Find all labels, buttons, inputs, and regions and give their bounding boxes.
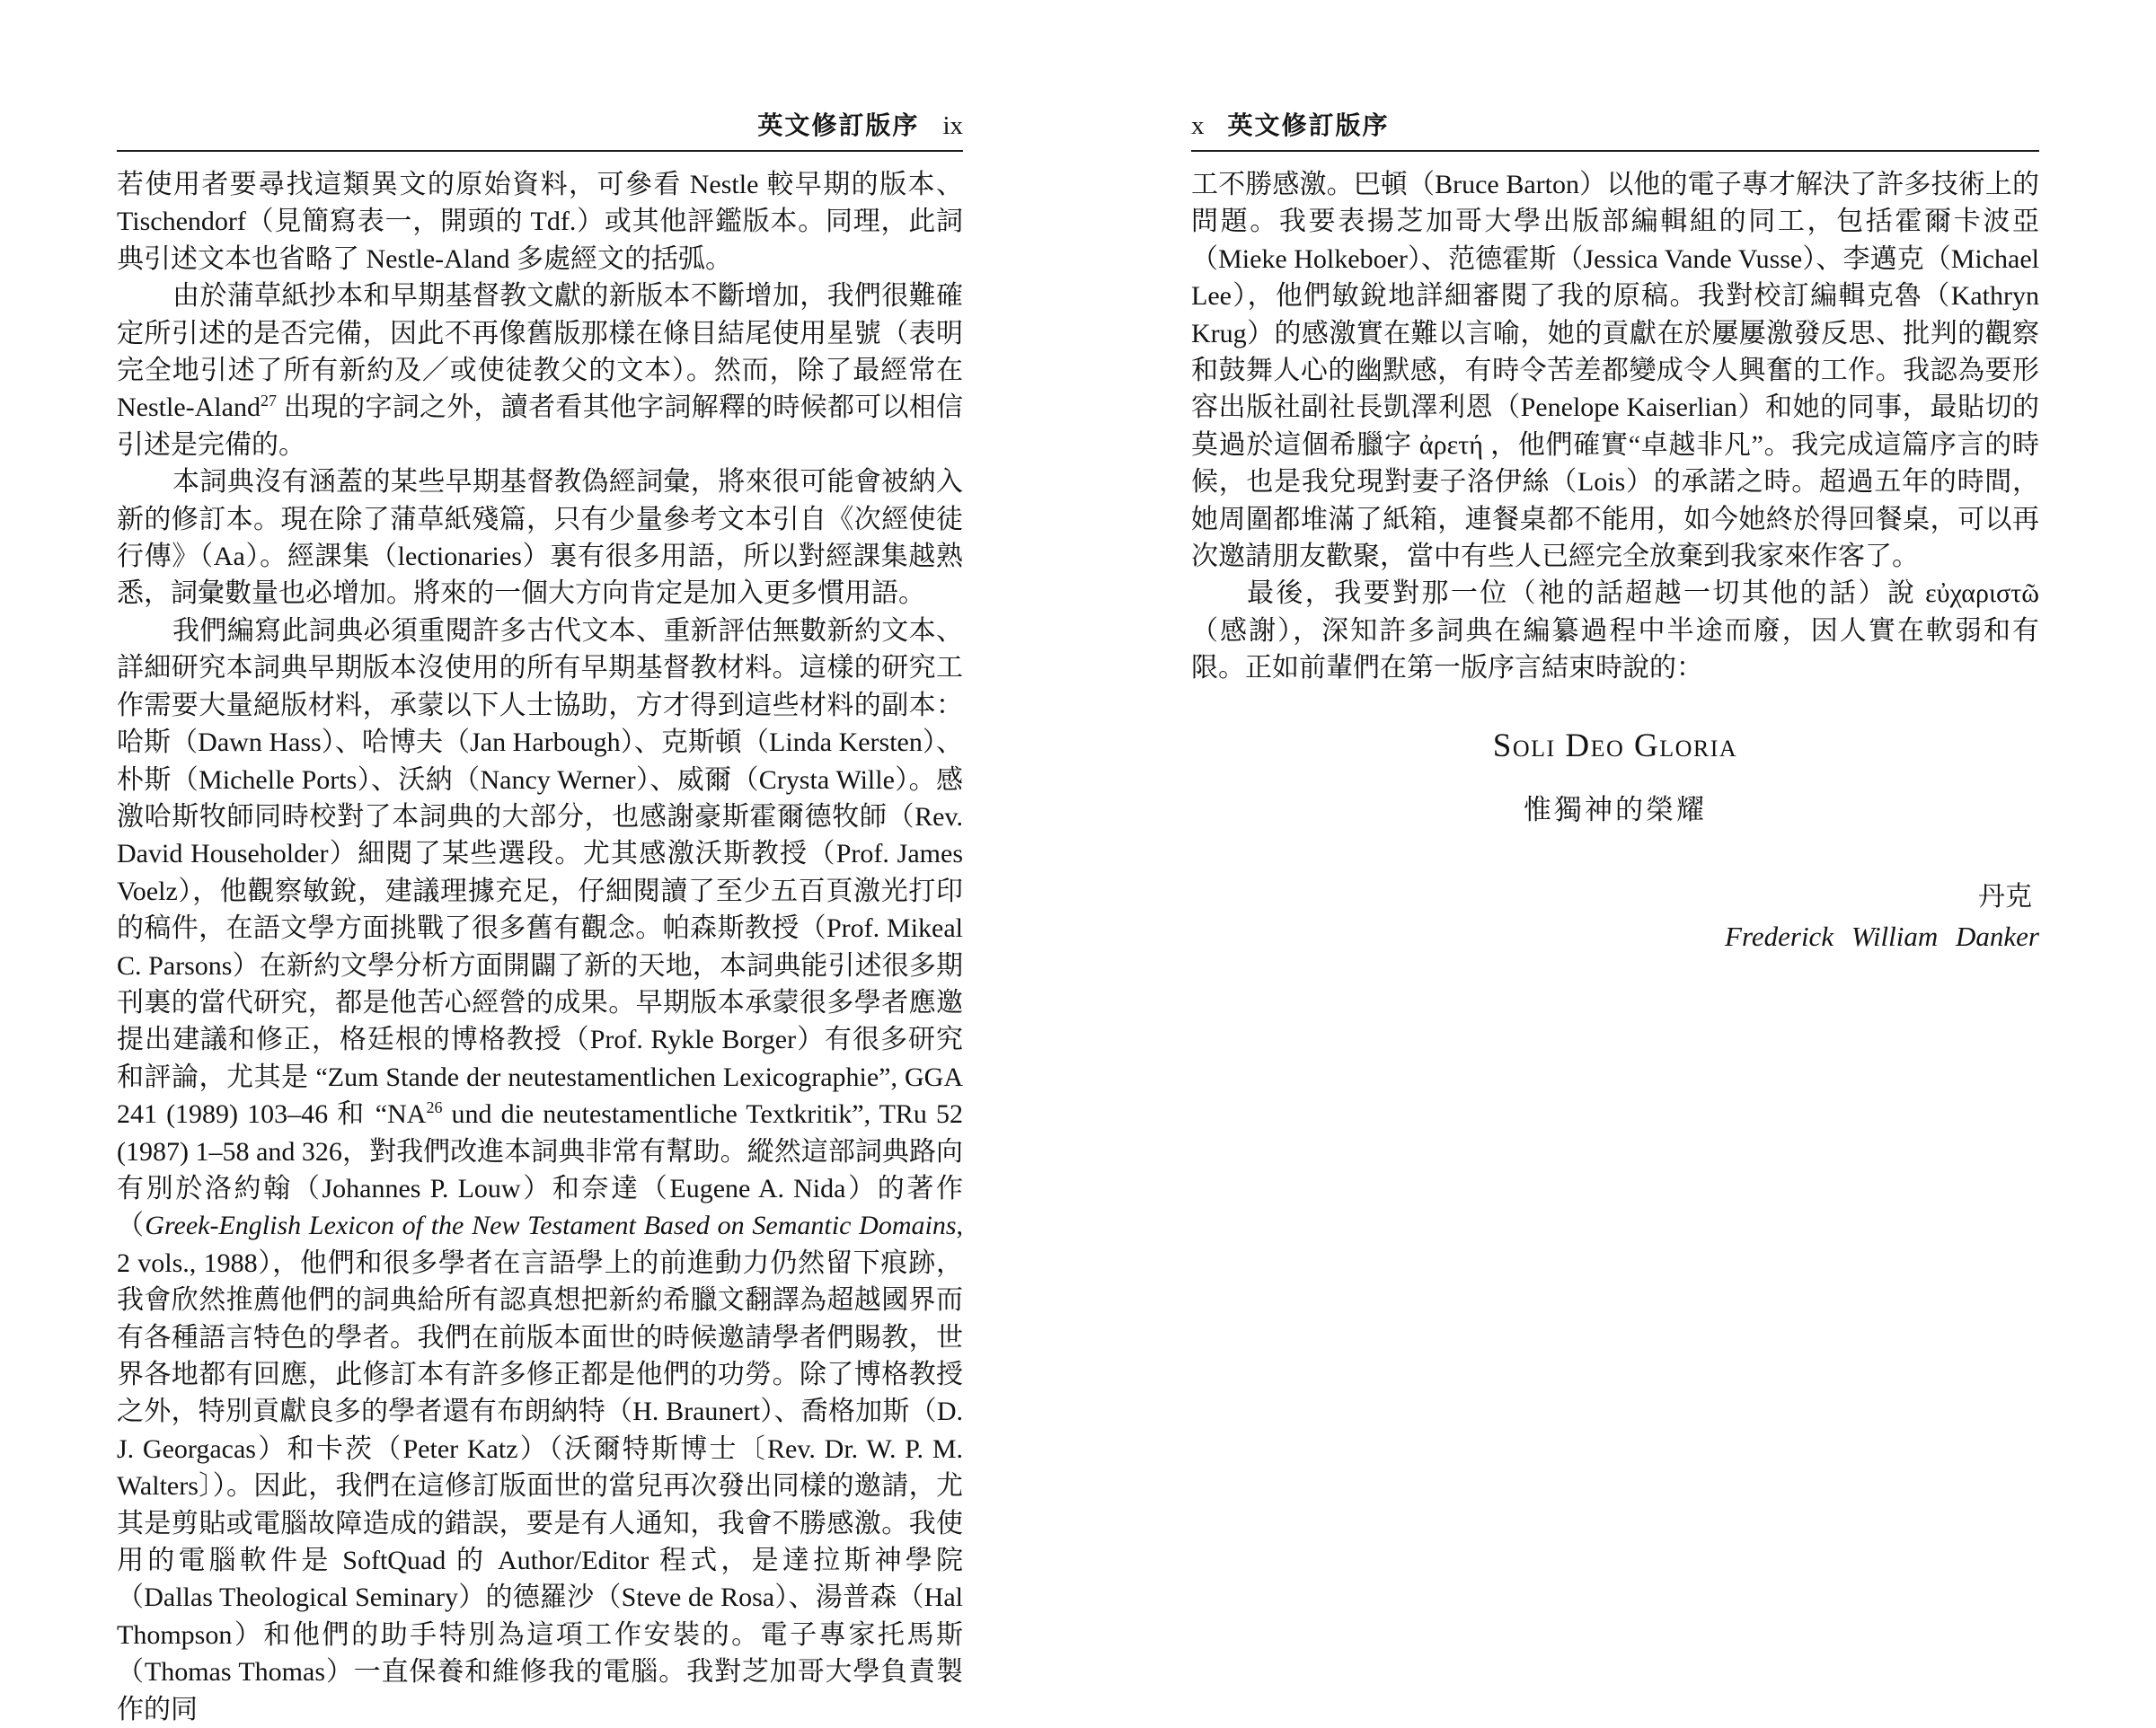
text-run: 本詞典沒有涵蓋的某些早期基督教偽經詞彙，將來很可能會被納入新的修訂本。現在除了蒲…	[117, 467, 963, 608]
text-run: , 2 vols., 1988），他們和很多學者在言語學上的前進動力仍然留下痕跡…	[117, 1211, 963, 1512]
motto-chinese: 惟獨神的榮耀	[1191, 787, 2039, 827]
right-page: x 英文修訂版序 工不勝感激。巴頓（Bruce Barton）以他的電子專才解決…	[1191, 106, 2039, 953]
right-header-title: 英文修訂版序	[1228, 106, 1390, 142]
motto-latin: Soli Deo Gloria	[1191, 727, 2039, 765]
left-page: 英文修訂版序 ix 若使用者要尋找這類異文的原始資料，可參看 Nestle 較早…	[117, 106, 963, 1512]
paragraph: 工不勝感激。巴頓（Bruce Barton）以他的電子專才解決了許多技術上的問題…	[1191, 166, 2039, 575]
signature-name-chinese: 丹克	[1191, 874, 2039, 913]
signature-block: 丹克 Frederick William Danker	[1191, 874, 2039, 953]
signature-name-english: Frederick William Danker	[1191, 921, 2039, 953]
italic-title: Greek-English Lexicon of the New Testame…	[145, 1211, 956, 1240]
left-page-body: 若使用者要尋找這類異文的原始資料，可參看 Nestle 較早期的版本、Tisch…	[117, 166, 963, 1512]
paragraph: 最後，我要對那一位（祂的話超越一切其他的話）說 εὐχαριστῶ （感謝），深…	[1191, 575, 2039, 686]
left-page-number: ix	[942, 111, 963, 141]
left-header-title: 英文修訂版序	[757, 106, 919, 142]
text-run: 最後，我要對那一位（祂的話超越一切其他的話）說 εὐχαριστῶ （感謝），深…	[1191, 578, 2039, 683]
right-running-header: x 英文修訂版序	[1191, 106, 2039, 152]
paragraph: 由於蒲草紙抄本和早期基督教文獻的新版本不斷增加，我們很難確定所引述的是否完備，因…	[117, 278, 963, 463]
text-run: 工不勝感激。巴頓（Bruce Barton）以他的電子專才解決了許多技術上的問題…	[1191, 170, 2039, 571]
right-page-body: 工不勝感激。巴頓（Bruce Barton）以他的電子專才解決了許多技術上的問題…	[1191, 166, 2039, 687]
paragraph: 本詞典沒有涵蓋的某些早期基督教偽經詞彙，將來很可能會被納入新的修訂本。現在除了蒲…	[117, 463, 963, 613]
text-run: 若使用者要尋找這類異文的原始資料，可參看 Nestle 較早期的版本、Tisch…	[117, 170, 963, 274]
superscript: 27	[261, 392, 277, 410]
superscript: 26	[426, 1098, 442, 1116]
paragraph: 我們編寫此詞典必須重閱許多古代文本、重新評估無數新約文本、詳細研究本詞典早期版本…	[117, 613, 963, 1512]
left-running-header: 英文修訂版序 ix	[117, 106, 963, 152]
text-run: 我們編寫此詞典必須重閱許多古代文本、重新評估無數新約文本、詳細研究本詞典早期版本…	[117, 616, 963, 1129]
paragraph: 若使用者要尋找這類異文的原始資料，可參看 Nestle 較早期的版本、Tisch…	[117, 166, 963, 278]
right-page-number: x	[1191, 111, 1205, 141]
